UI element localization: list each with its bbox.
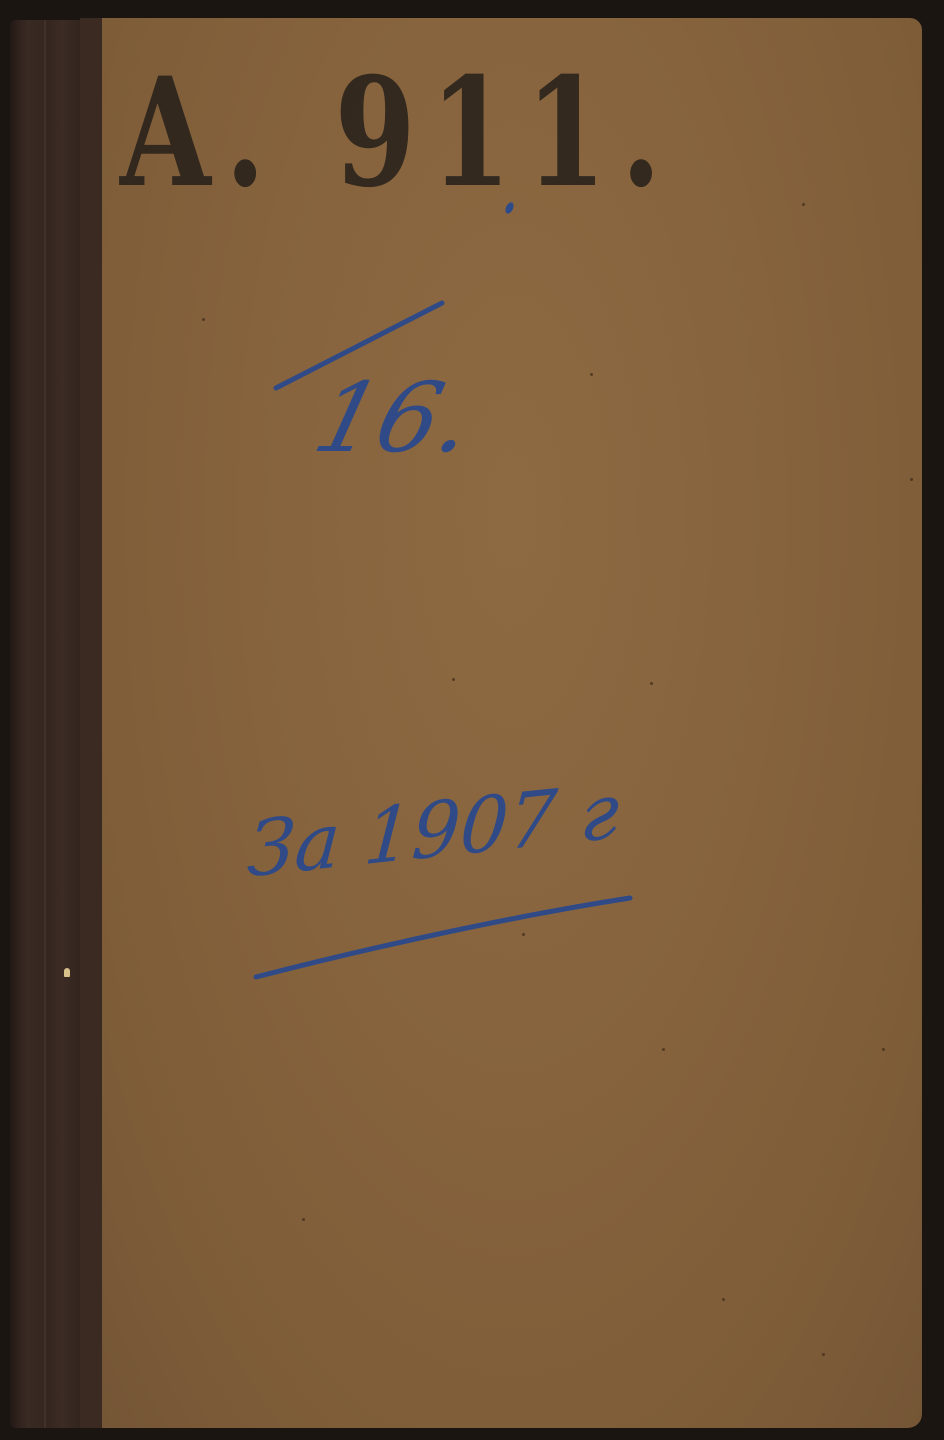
file-number-handwritten: 16. bbox=[306, 368, 484, 468]
paper-speck bbox=[802, 203, 805, 206]
paper-speck bbox=[910, 478, 913, 481]
paper-speck bbox=[882, 1048, 885, 1051]
spine-mark bbox=[64, 968, 70, 977]
paper-speck bbox=[202, 318, 205, 321]
paper-speck bbox=[522, 933, 525, 936]
paper-speck bbox=[650, 682, 653, 685]
cover-hinge bbox=[80, 18, 102, 1428]
scanned-document: A. 911. 16. За 1907 г bbox=[0, 0, 944, 1440]
paper-speck bbox=[452, 678, 455, 681]
archive-stamp-label: A. 911. bbox=[120, 58, 675, 208]
paper-speck bbox=[590, 373, 593, 376]
paper-speck bbox=[302, 1218, 305, 1221]
paper-speck bbox=[722, 1298, 725, 1301]
paper-speck bbox=[822, 1353, 825, 1356]
paper-speck bbox=[662, 1048, 665, 1051]
cardboard-cover bbox=[102, 18, 922, 1428]
